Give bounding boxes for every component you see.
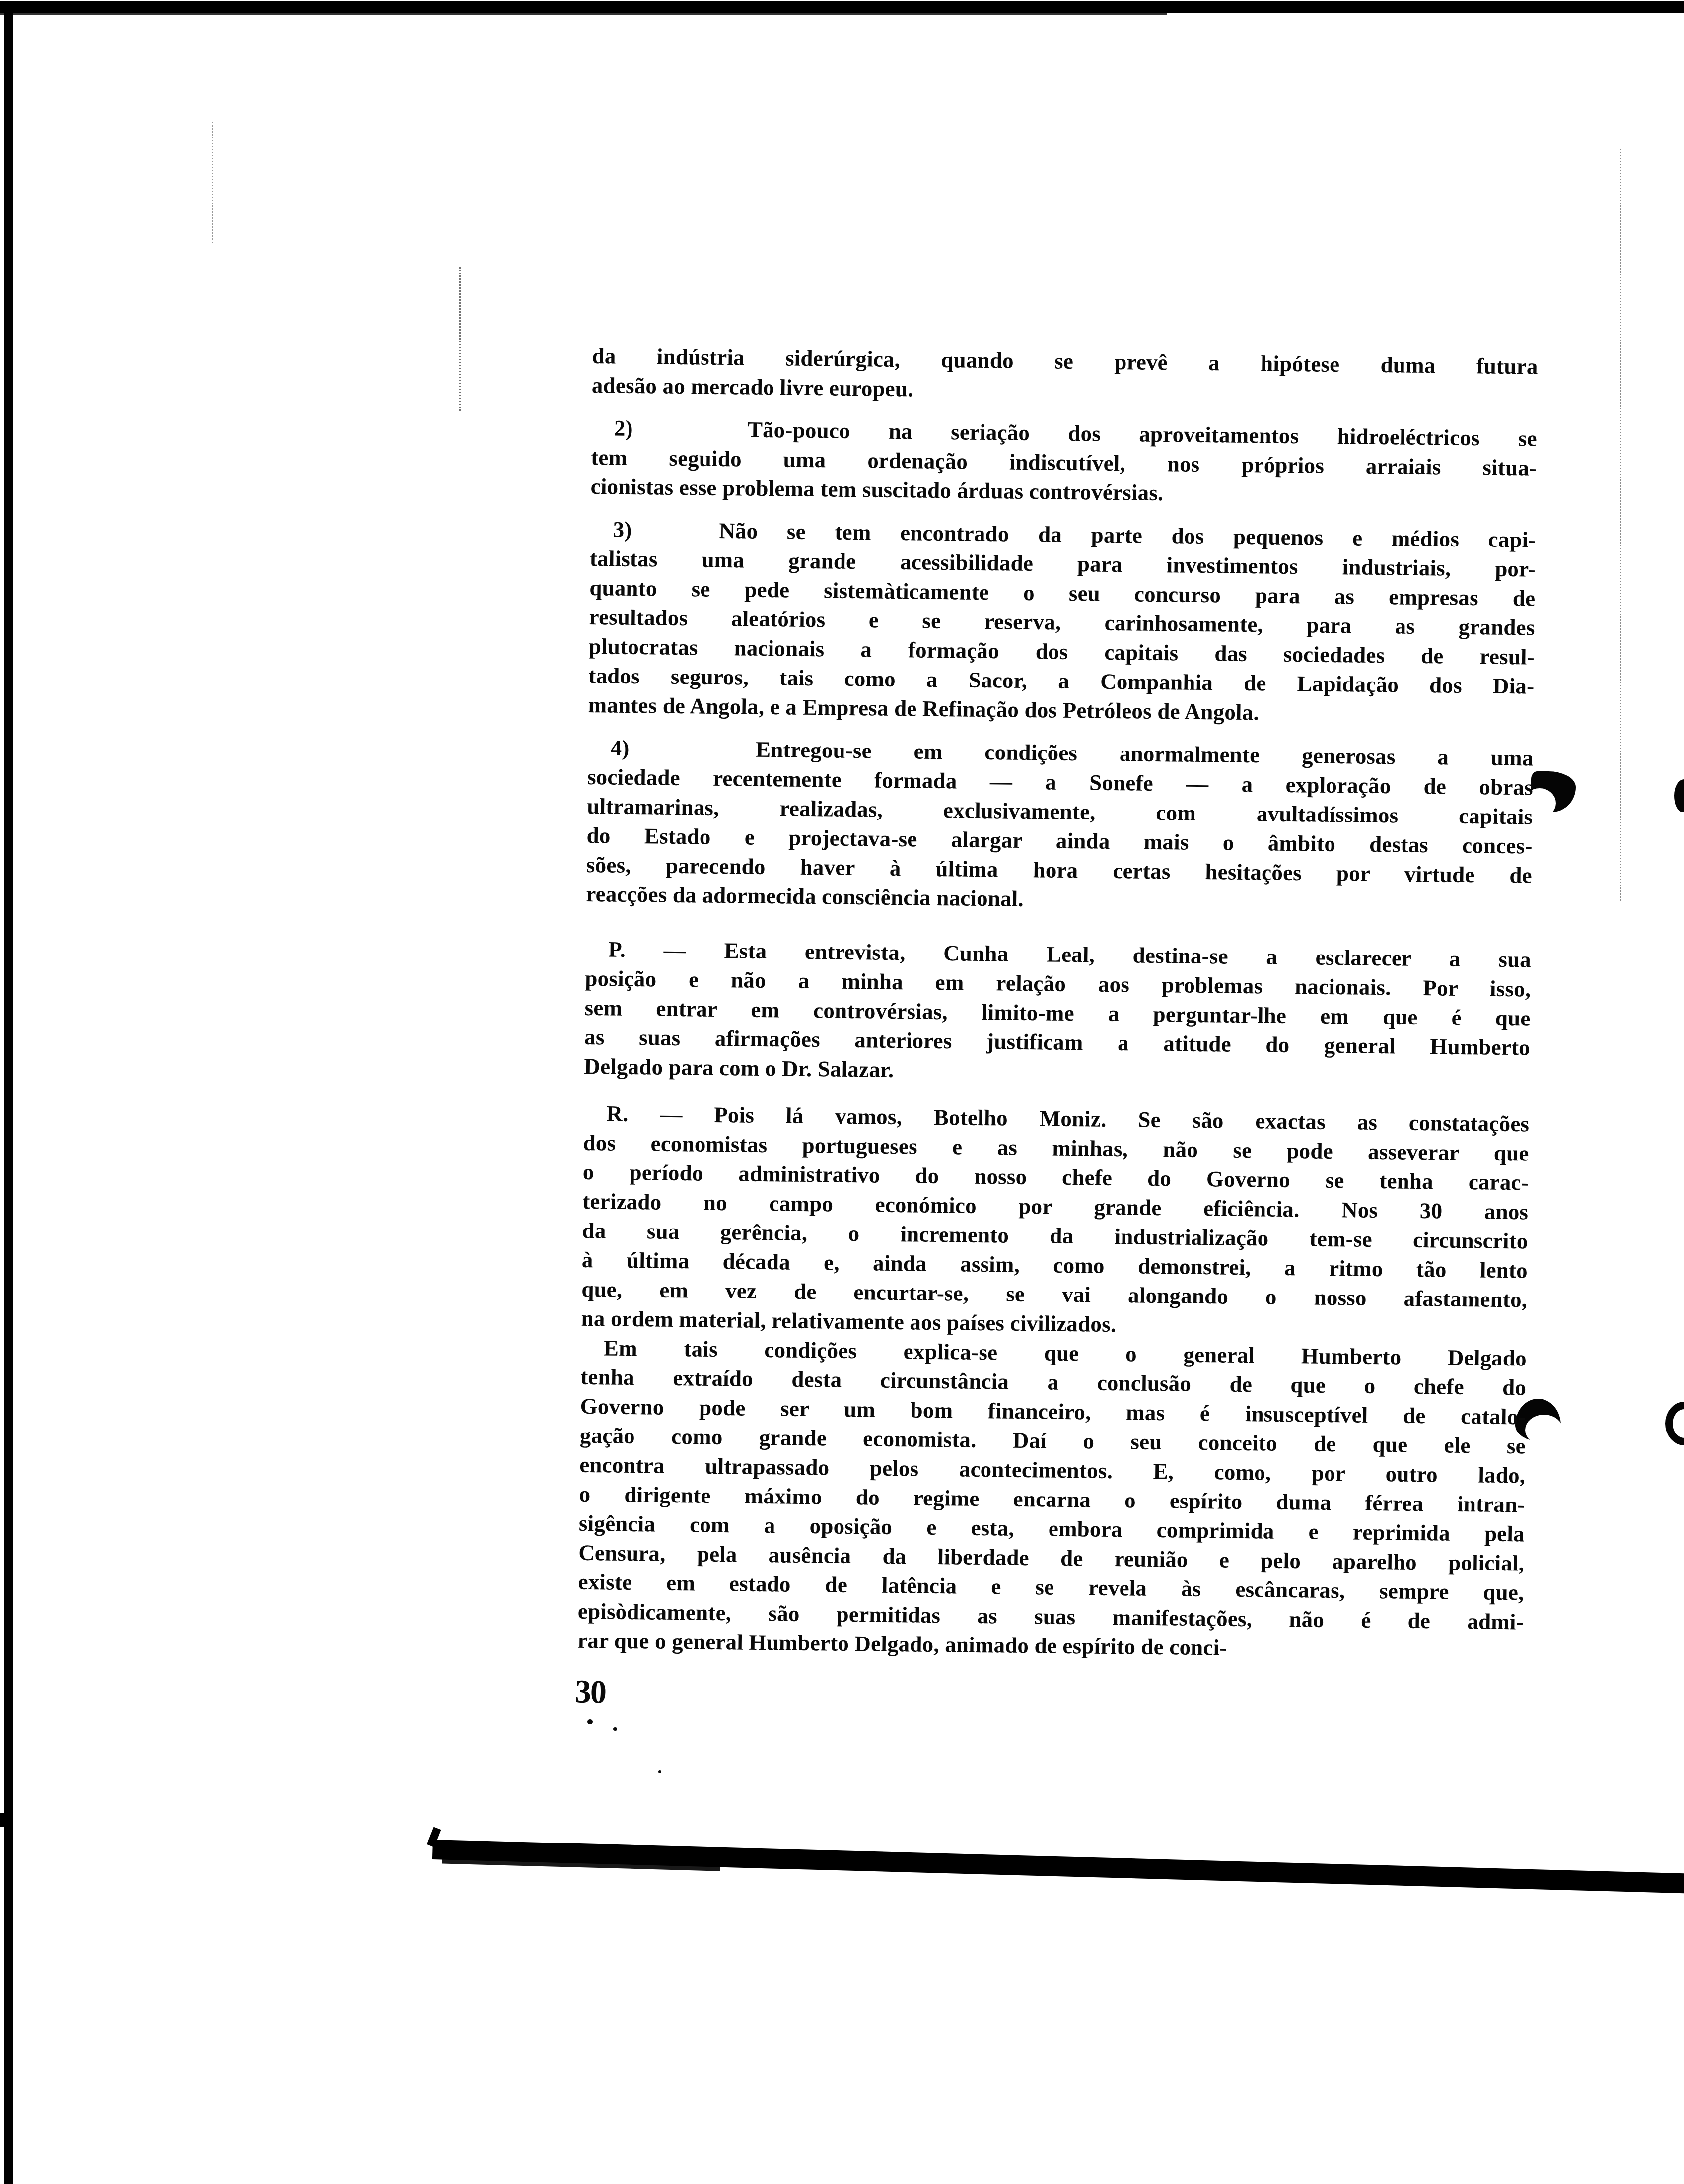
right-edge-squiggle-mark [1674,779,1684,812]
paragraph: 4) Entregou-se em condições anormalmente… [586,733,1534,920]
text-block: da indústria siderúrgica, quando se prev… [577,341,1538,1666]
paragraph: R. — Pois lá vamos, Botelho Moniz. Se sã… [581,1099,1529,1344]
ink-speck [587,1719,593,1724]
bottom-edge-diagonal [432,1840,1684,1894]
ink-speck [658,1770,661,1773]
paragraph: Em tais condições explica-se que o gener… [577,1333,1527,1666]
paragraph: da indústria siderúrgica, quando se prev… [592,341,1538,411]
paragraph: P. — Esta entrevista, Cunha Leal, destin… [584,935,1531,1092]
speckle-line-left [459,267,461,411]
scanned-book-page: { "document": { "page_number": "30", "pa… [0,0,1684,2184]
paragraph: 3) Não se tem encontrado da parte dos pe… [588,515,1536,731]
left-edge-bar [4,10,13,2184]
speckle-line-top-left [212,122,213,243]
top-edge-rough [0,13,1167,15]
ink-blob-right-margin-1 [1531,771,1576,812]
left-edge-ink-blob [0,1813,7,1827]
right-edge-ring-mark [1665,1402,1684,1445]
speckle-line-right [1620,149,1621,901]
paragraph: 2) Tão-pouco na seriação dos aproveitame… [590,413,1537,512]
page-number: 30 [574,1675,606,1708]
top-edge-bar [0,1,1684,13]
ink-speck [613,1727,617,1731]
